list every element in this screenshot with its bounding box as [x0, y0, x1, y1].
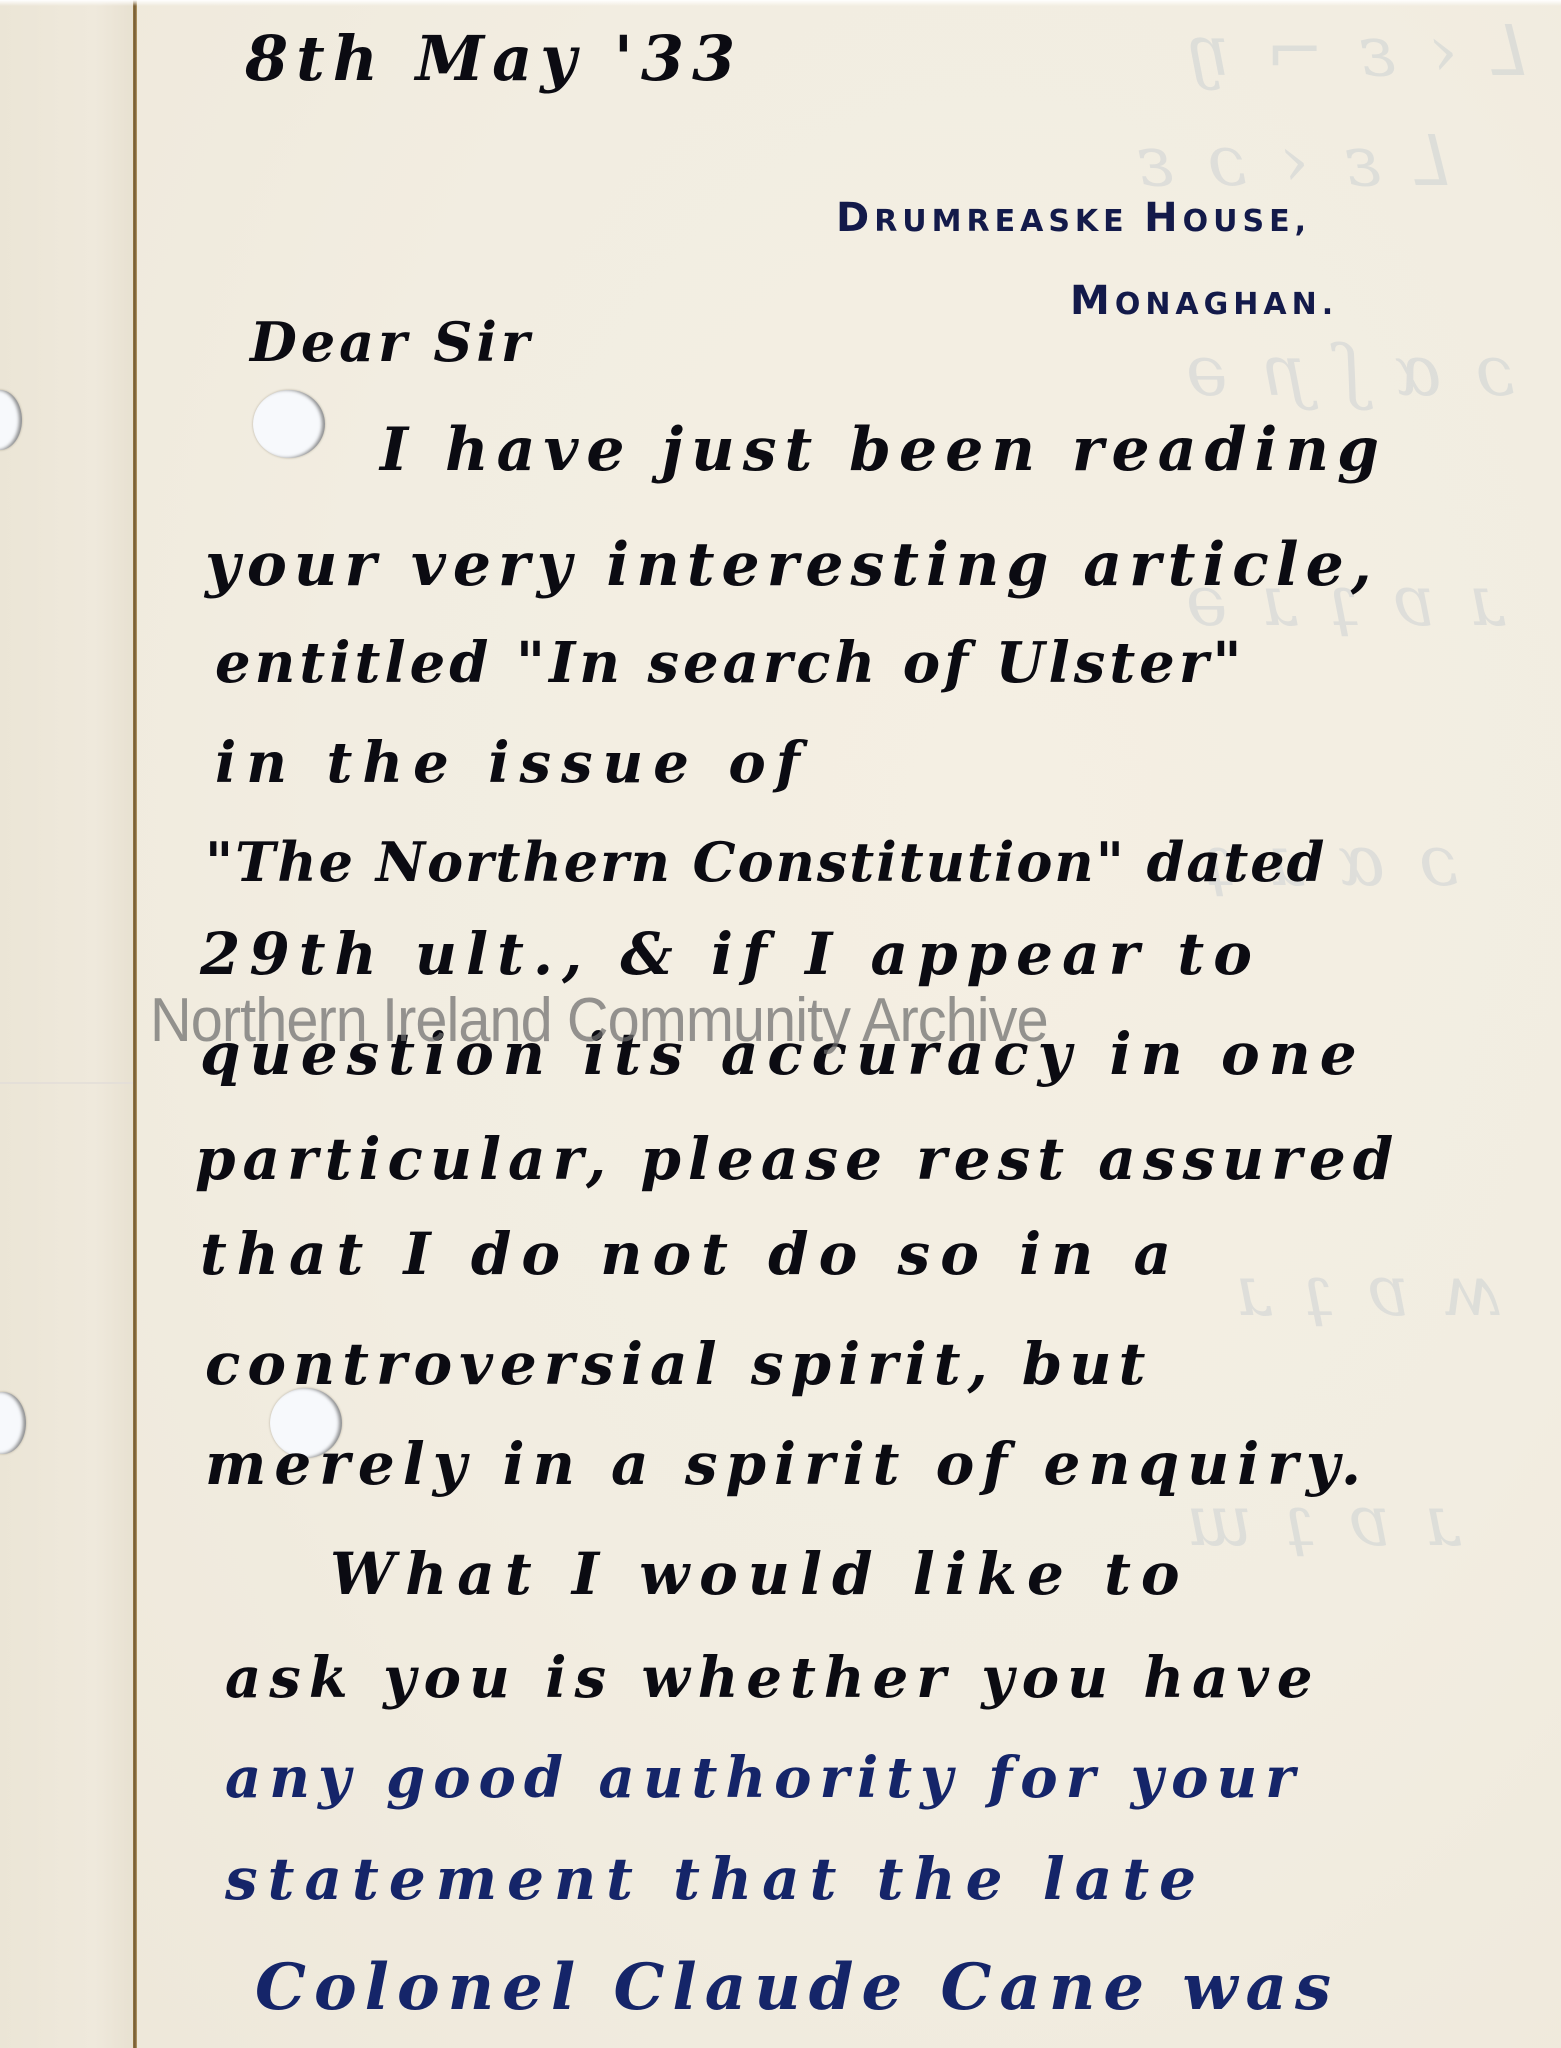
- letterhead-text: ONAGHAN.: [1115, 287, 1338, 322]
- letterhead-text: RUMREASKE: [874, 204, 1144, 239]
- letterhead-address-line1: DRUMREASKE HOUSE,: [836, 195, 1311, 241]
- letterhead-initial: M: [1070, 278, 1115, 324]
- body-line: any good authority for your: [225, 1745, 1303, 1811]
- show-through-text: ᒪ ɛ ‹ ɔ ɛ: [1130, 120, 1454, 202]
- body-line: merely in a spirit of enquiry.: [205, 1430, 1369, 1498]
- salutation: Dear Sir: [250, 310, 533, 374]
- body-line: 29th ult., & if I appear to: [200, 920, 1261, 988]
- show-through-text: ɔ ɑ ʃ ɲ ə: [1180, 330, 1515, 412]
- body-line: Colonel Claude Cane was: [255, 1950, 1339, 2025]
- body-line: statement that the late: [225, 1845, 1206, 1913]
- show-through-text: ʍ ɐ ʇ ɹ: [1230, 1250, 1504, 1332]
- body-line: particular, please rest assured: [195, 1125, 1400, 1193]
- letterhead-initial: H: [1144, 195, 1182, 241]
- body-line: ask you is whether you have: [225, 1645, 1321, 1711]
- paper-crease: [0, 1082, 136, 1084]
- body-line-text: 29th ult., & if I appear to: [200, 920, 1261, 988]
- body-line: entitled "In search of Ulster": [215, 630, 1246, 696]
- body-line-text: controversial spirit, but: [205, 1330, 1152, 1398]
- letterhead-text: OUSE,: [1183, 204, 1311, 239]
- body-line: I have just been reading: [380, 415, 1387, 485]
- body-line: in the issue of: [215, 730, 810, 796]
- underlying-page: [0, 0, 136, 2048]
- letterhead-address-line2: MONAGHAN.: [1070, 278, 1338, 324]
- show-through-text: ᒪ ‹ ɛ ¬ ŋ: [1180, 10, 1531, 92]
- body-line: your very interesting article,: [205, 530, 1379, 600]
- archive-watermark: Northern Ireland Community Archive: [150, 985, 1048, 1056]
- punch-hole: [253, 390, 325, 458]
- scan-edge: [0, 0, 1561, 6]
- body-line: What I would like to: [330, 1540, 1190, 1608]
- body-line: that I do not do so in a: [200, 1220, 1181, 1288]
- letter-date: 8th May '33: [245, 22, 743, 95]
- body-line: "The Northern Constitution" dated: [205, 830, 1326, 894]
- body-line: controversial spirit, but: [205, 1330, 1152, 1398]
- letterhead-initial: D: [836, 195, 874, 241]
- scanned-letter: ᒪ ‹ ɛ ¬ ŋ ᒪ ɛ ‹ ɔ ɛ ɔ ɑ ʃ ɲ ə ɹ ɐ ʇ ɹ ə …: [0, 0, 1561, 2048]
- sheet-edge: [133, 0, 137, 2048]
